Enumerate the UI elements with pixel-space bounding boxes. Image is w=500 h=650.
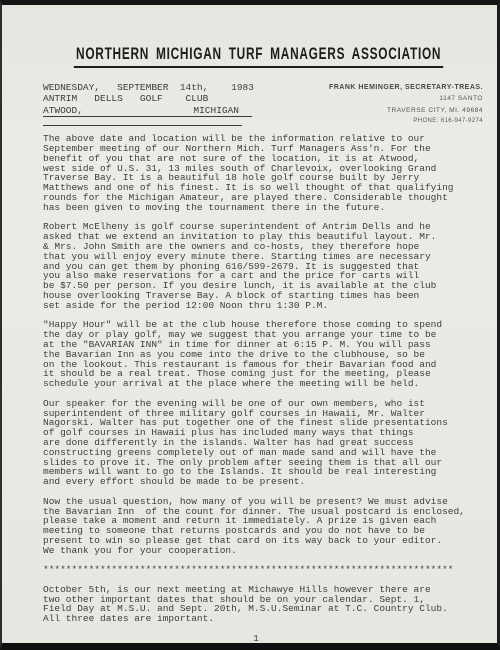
page-title: NORTHERN MICHIGAN TURF MANAGERS ASSOCIAT… (74, 45, 444, 68)
meeting-city: ATWOOD, (43, 105, 83, 116)
letter-header: WEDNESDAY, SEPTEMBER 14th, 1983 ANTRIM D… (43, 82, 483, 126)
secretary-address-street: 1147 SANTO (329, 95, 483, 102)
asterisk-divider: ****************************************… (43, 565, 469, 575)
secretary-name: FRANK HEMINGER, SECRETARY-TREAS. (329, 84, 483, 91)
meeting-state: MICHIGAN (193, 105, 239, 116)
secretary-phone: PHONE: 616-947-9274 (329, 118, 483, 124)
page-number: 1 (43, 634, 469, 644)
letterhead: NORTHERN MICHIGAN TURF MANAGERS ASSOCIAT… (2, 45, 497, 68)
paragraph-rsvp: Now the usual question, how many of you … (43, 497, 469, 556)
meeting-details: WEDNESDAY, SEPTEMBER 14th, 1983 ANTRIM D… (43, 82, 254, 126)
meeting-venue-line: ANTRIM DELLS GOLF CLUB (43, 93, 254, 104)
meeting-date-line: WEDNESDAY, SEPTEMBER 14th, 1983 (43, 82, 254, 93)
blank-rule (43, 117, 242, 126)
paragraph-happy-hour: "Happy Hour" will be at the club house t… (43, 320, 469, 389)
secretary-contact-block: FRANK HEMINGER, SECRETARY-TREAS. 1147 SA… (329, 82, 483, 124)
secretary-address-city: TRAVERSE CITY, MI. 49684 (329, 107, 483, 114)
letter-body: The above date and location will be the … (43, 134, 469, 643)
paragraph-speaker: Our speaker for the evening will be one … (43, 399, 469, 487)
paragraph-upcoming-dates: October 5th, is our next meeting at Mich… (43, 585, 469, 624)
paragraph-course-invitation: Robert McElheny is golf course superinte… (43, 222, 469, 310)
meeting-location-line: ATWOOD, MICHIGAN (43, 105, 252, 117)
scanned-letter-page: NORTHERN MICHIGAN TURF MANAGERS ASSOCIAT… (0, 0, 500, 650)
paragraph-meeting-info: The above date and location will be the … (43, 134, 469, 212)
